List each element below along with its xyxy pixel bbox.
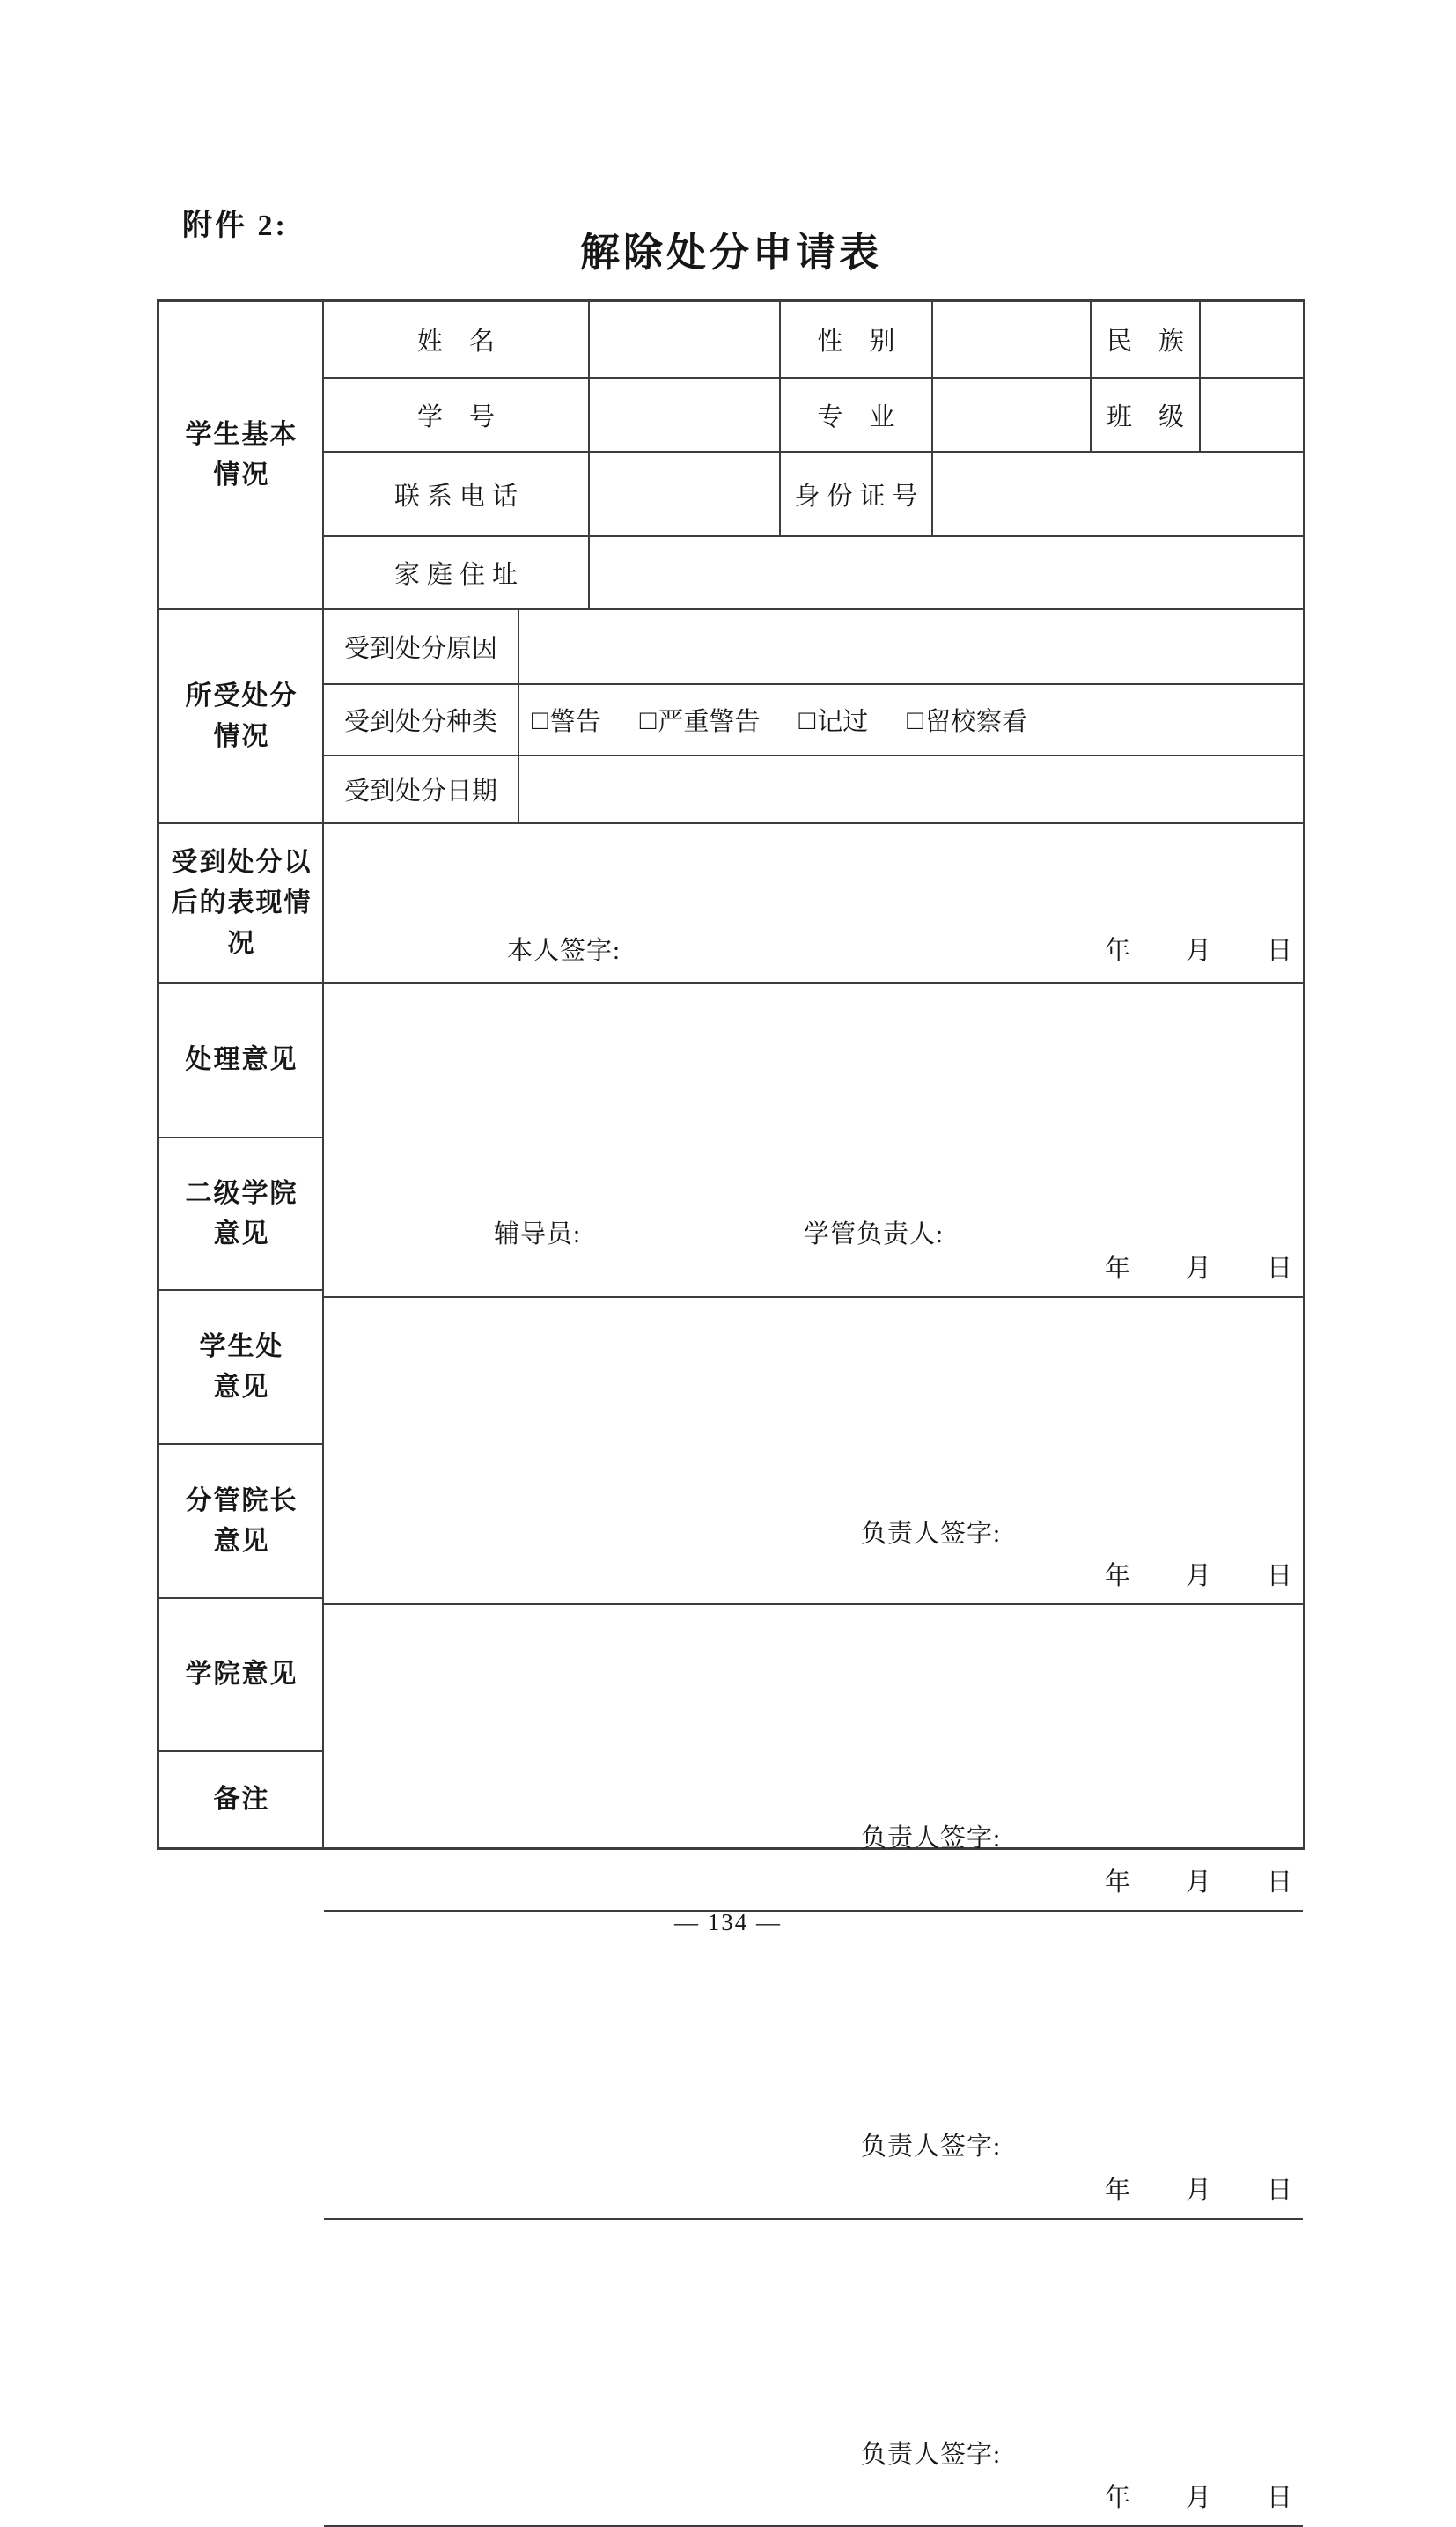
field-label-phone: 联系电话 xyxy=(324,453,590,537)
college-opinion-area[interactable]: 负责人签字: 年月日 xyxy=(324,2374,1303,2527)
field-value-class[interactable] xyxy=(1201,379,1303,453)
date-day-label: 日 xyxy=(1267,939,1292,964)
responsible-signature-label: 负责人签字: xyxy=(861,1521,1001,1547)
remarks-area[interactable] xyxy=(324,1752,1303,1847)
section-header-vice-president-opinion: 分管院长 意见 xyxy=(159,1445,324,1599)
section-header-secondary-college-opinion: 二级学院 意见 xyxy=(159,1138,324,1291)
option-warning[interactable]: □警告 xyxy=(532,702,601,738)
page-number: — 134 — xyxy=(0,1909,1456,1936)
field-label-punishment-reason: 受到处分原因 xyxy=(324,610,519,685)
date-year-label: 年 xyxy=(1105,1870,1130,1896)
student-affairs-manager-signature-label: 学管负责人: xyxy=(804,1222,944,1248)
section-header-text: 备注 xyxy=(214,1779,270,1820)
field-label-home-address: 家庭住址 xyxy=(324,537,590,610)
field-label-student-id: 学号 xyxy=(324,379,590,453)
field-value-student-id[interactable] xyxy=(590,379,781,453)
checkbox-icon: □ xyxy=(640,704,657,736)
section-header-remarks: 备注 xyxy=(159,1752,324,1847)
date-month-label: 月 xyxy=(1186,1256,1211,1282)
field-label-gender: 性别 xyxy=(781,302,933,379)
field-label-ethnicity: 民族 xyxy=(1092,302,1201,379)
field-label-major: 专业 xyxy=(781,379,933,453)
field-label-class: 班级 xyxy=(1092,379,1201,453)
date-line: 年月日 xyxy=(1105,1256,1292,1282)
checkbox-icon: □ xyxy=(799,704,816,736)
counselor-signature-label: 辅导员: xyxy=(494,1222,581,1248)
field-label-punishment-date: 受到处分日期 xyxy=(324,756,519,824)
date-line: 年月日 xyxy=(1105,939,1292,964)
date-line: 年月日 xyxy=(1105,2486,1292,2511)
section-header-handling-opinion: 处理意见 xyxy=(159,984,324,1138)
option-probation[interactable]: □留校察看 xyxy=(907,702,1027,738)
field-value-id-number[interactable] xyxy=(933,453,1303,537)
date-day-label: 日 xyxy=(1267,2178,1292,2204)
option-label: 警告 xyxy=(550,702,601,738)
option-label: 留校察看 xyxy=(925,702,1027,738)
field-label-name: 姓名 xyxy=(324,302,590,379)
form-title: 解除处分申请表 xyxy=(157,229,1305,276)
option-serious-warning[interactable]: □严重警告 xyxy=(640,702,761,738)
section-header-text: 处理意见 xyxy=(186,1040,298,1080)
field-value-ethnicity[interactable] xyxy=(1201,302,1303,379)
option-demerit[interactable]: □记过 xyxy=(799,702,869,738)
section-header-text: 所受处分 情况 xyxy=(186,676,298,757)
date-year-label: 年 xyxy=(1105,1256,1130,1282)
date-line: 年月日 xyxy=(1105,1870,1292,1896)
field-value-name[interactable] xyxy=(590,302,781,379)
checkbox-icon: □ xyxy=(532,704,548,736)
date-month-label: 月 xyxy=(1186,2486,1211,2511)
field-label-punishment-type: 受到处分种类 xyxy=(324,685,519,756)
date-month-label: 月 xyxy=(1186,1564,1211,1589)
section-header-text: 学院意见 xyxy=(186,1654,298,1695)
date-day-label: 日 xyxy=(1267,1256,1292,1282)
checkbox-icon: □ xyxy=(907,704,923,736)
date-day-label: 日 xyxy=(1267,1564,1292,1589)
date-day-label: 日 xyxy=(1267,1870,1292,1896)
post-punishment-performance-area[interactable]: 本人签字: 年月日 xyxy=(324,824,1303,984)
section-header-punishment: 所受处分 情况 xyxy=(159,610,324,824)
option-label: 记过 xyxy=(817,702,868,738)
date-year-label: 年 xyxy=(1105,2178,1130,2204)
field-value-home-address[interactable] xyxy=(590,537,1303,610)
field-value-punishment-date[interactable] xyxy=(519,756,1303,824)
section-header-text: 学生处 意见 xyxy=(200,1327,284,1408)
section-header-text: 分管院长 意见 xyxy=(186,1481,298,1562)
self-signature-label: 本人签字: xyxy=(507,939,621,964)
date-year-label: 年 xyxy=(1105,1564,1130,1589)
field-label-id-number: 身份证号 xyxy=(781,453,933,537)
field-value-gender[interactable] xyxy=(933,302,1092,379)
date-month-label: 月 xyxy=(1186,939,1211,964)
date-year-label: 年 xyxy=(1105,939,1130,964)
section-header-post-punishment-performance: 受到处分以 后的表现情 况 xyxy=(159,824,324,984)
section-header-college-opinion: 学院意见 xyxy=(159,1599,324,1752)
section-header-student-affairs-opinion: 学生处 意见 xyxy=(159,1291,324,1445)
date-month-label: 月 xyxy=(1186,2178,1211,2204)
punishment-type-options: □警告 □严重警告 □记过 □留校察看 xyxy=(519,685,1303,756)
date-line: 年月日 xyxy=(1105,1564,1292,1589)
vice-president-opinion-area[interactable]: 负责人签字: 年月日 xyxy=(324,2066,1303,2220)
date-line: 年月日 xyxy=(1105,2178,1292,2204)
option-label: 严重警告 xyxy=(658,702,760,738)
field-value-phone[interactable] xyxy=(590,453,781,537)
section-header-student-basic: 学生基本 情况 xyxy=(159,302,324,610)
field-value-major[interactable] xyxy=(933,379,1092,453)
date-day-label: 日 xyxy=(1267,2486,1292,2511)
handling-opinion-area[interactable]: 辅导员: 学管负责人: 年月日 xyxy=(324,1143,1303,1298)
section-header-text: 学生基本 情况 xyxy=(186,415,298,496)
application-form-table: 学生基本 情况 所受处分 情况 受到处分以 后的表现情 况 处理意见 二级学院 … xyxy=(157,299,1305,1850)
field-value-punishment-reason[interactable] xyxy=(519,610,1303,685)
responsible-signature-label: 负责人签字: xyxy=(861,2134,1001,2160)
date-month-label: 月 xyxy=(1186,1870,1211,1896)
date-year-label: 年 xyxy=(1105,2486,1130,2511)
section-header-text: 受到处分以 后的表现情 况 xyxy=(172,843,313,964)
secondary-college-opinion-area[interactable]: 负责人签字: 年月日 xyxy=(324,1453,1303,1605)
section-header-text: 二级学院 意见 xyxy=(186,1174,298,1255)
responsible-signature-label: 负责人签字: xyxy=(861,2442,1001,2468)
